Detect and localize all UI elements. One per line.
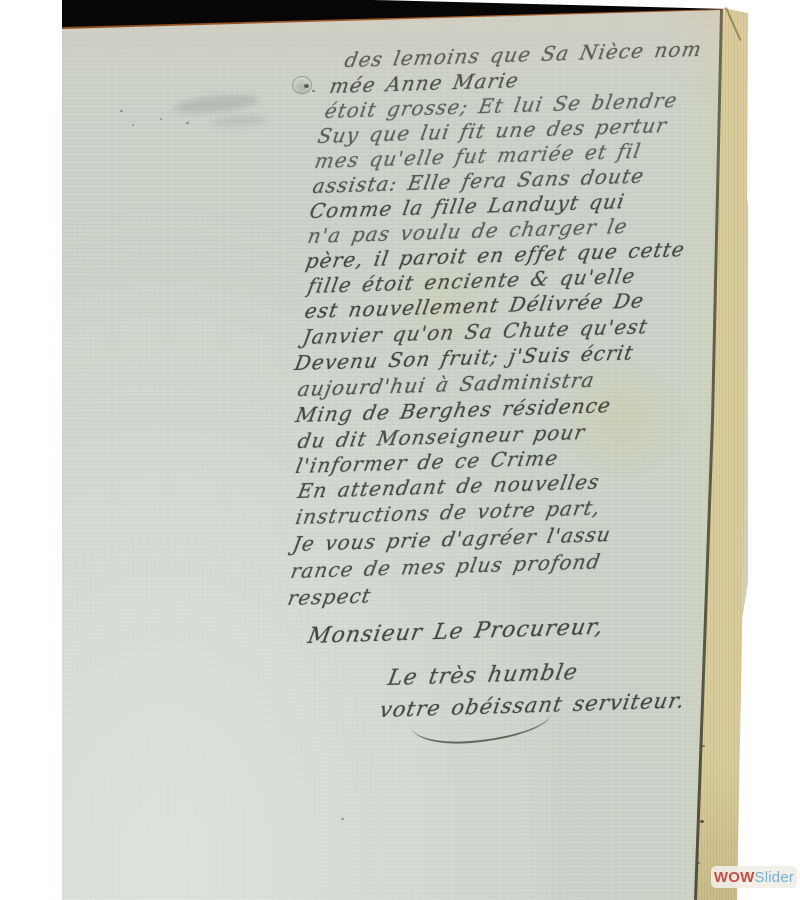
paper-speck (367, 62, 369, 64)
paper-speck (160, 118, 162, 120)
paper-speck (474, 158, 476, 160)
paper-speck (341, 818, 344, 820)
manuscript-line-23: Monsieur Le Procureur, (306, 615, 606, 649)
paper-speck (186, 122, 189, 124)
wowslider-watermark[interactable]: WOWSlider (711, 866, 797, 888)
manuscript-photo: des lemoins que Sa Nièce nommée Anne Mar… (62, 0, 748, 900)
watermark-text-slider: Slider (755, 870, 795, 885)
manuscript: des lemoins que Sa Nièce nommée Anne Mar… (62, 0, 748, 900)
paper-speck (304, 84, 309, 88)
watermark-text-wow: WOW (714, 870, 755, 885)
paper-speck (132, 124, 134, 126)
paper-speck (698, 862, 700, 864)
slideshow-slide: des lemoins que Sa Nièce nommée Anne Mar… (0, 0, 800, 900)
manuscript-line-22: respect (286, 583, 374, 610)
paper-speck (120, 110, 123, 112)
paper-speck (700, 820, 704, 823)
manuscript-line-24: Le très humble (386, 660, 580, 691)
paper-speck (312, 90, 315, 92)
manuscript-line-1: des lemoins que Sa Nièce nom (343, 37, 704, 72)
paper-speck (702, 745, 705, 747)
